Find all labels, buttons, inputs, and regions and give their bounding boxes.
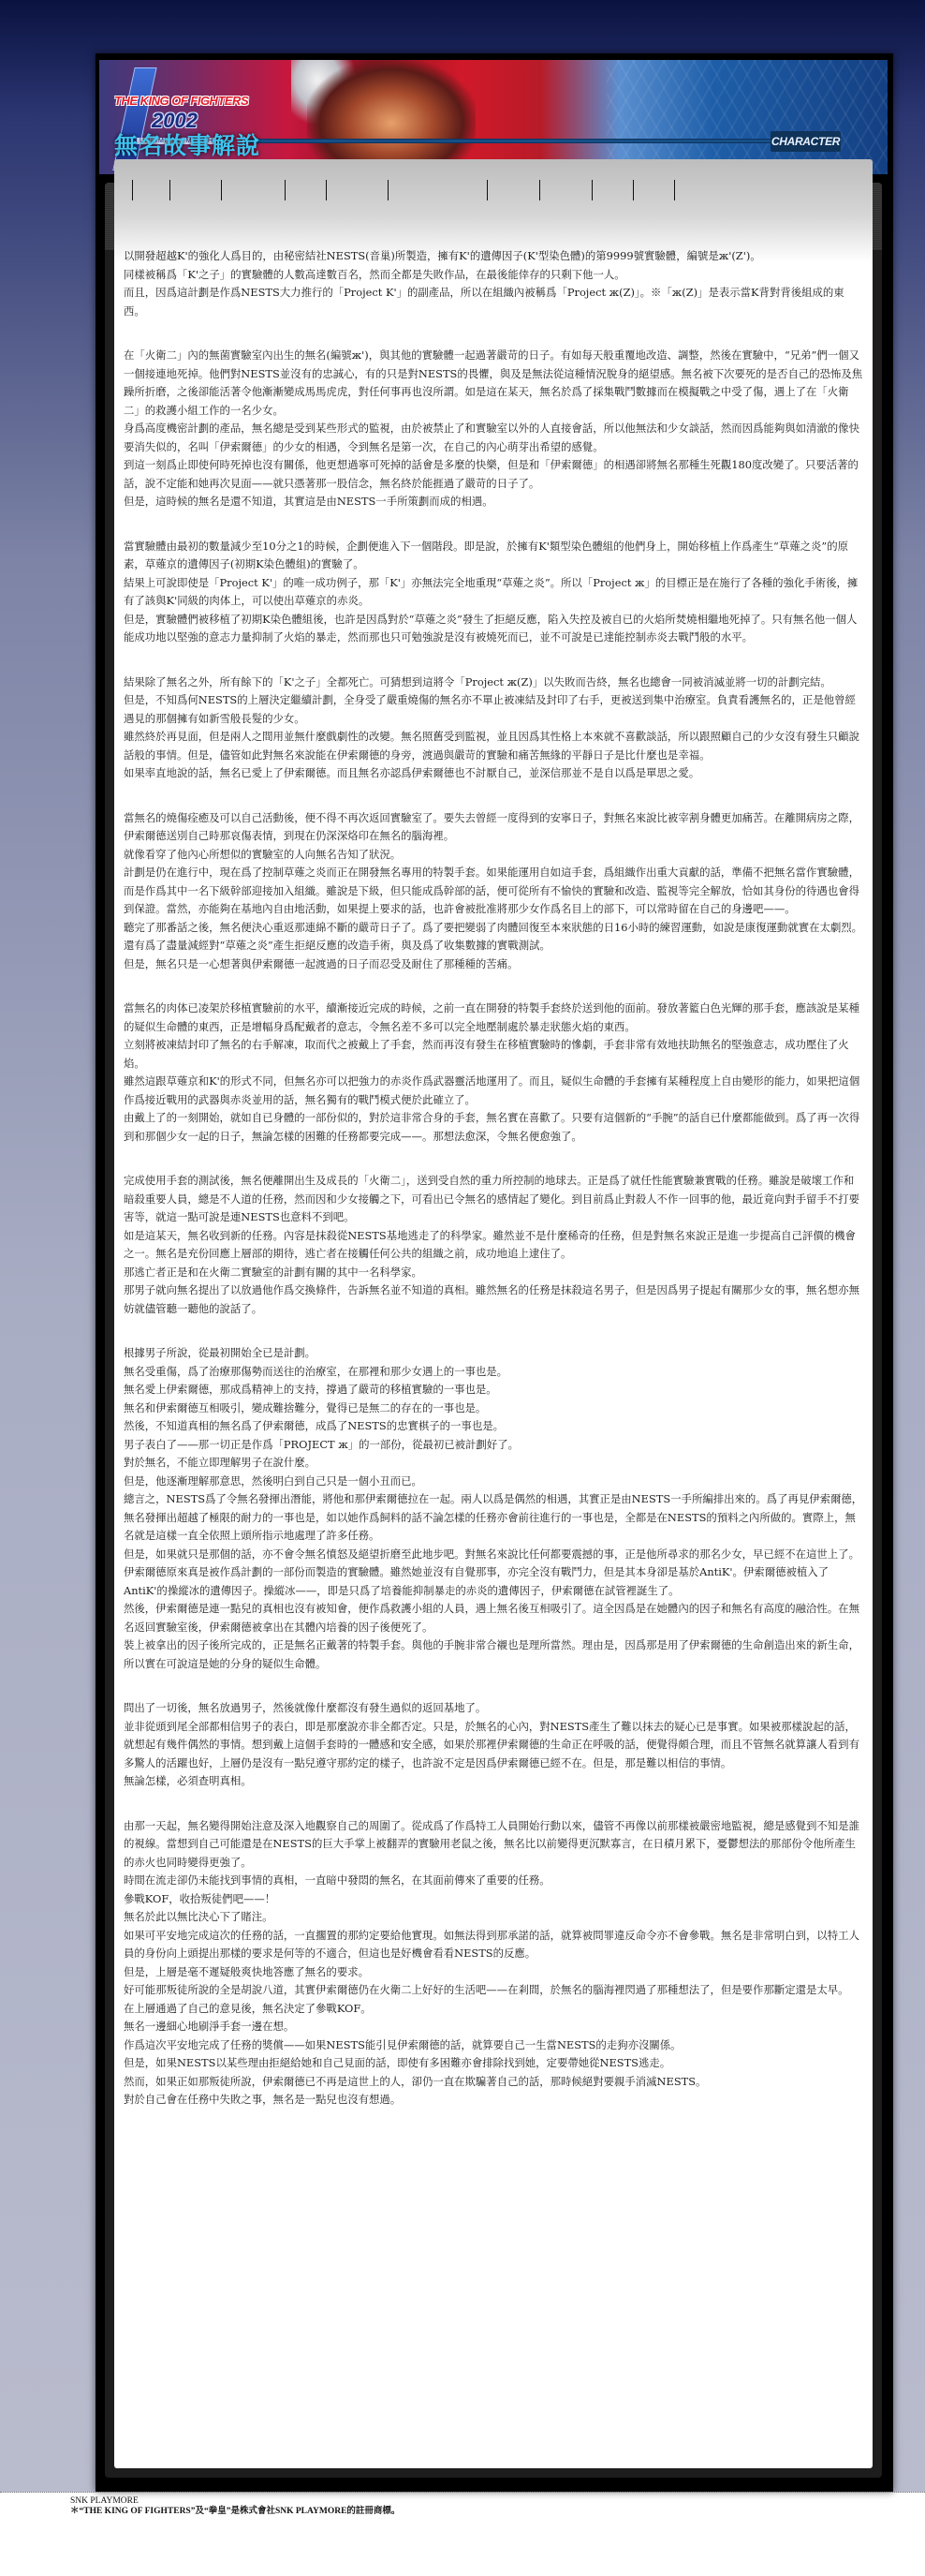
title-divider	[247, 139, 771, 143]
story-line: 好可能那叛徒所說的全是胡說八道，其實伊索爾德仍在火衛二上好好的生活吧——在剎間，…	[124, 1981, 863, 2000]
character-nav	[132, 180, 675, 200]
story-line: 作爲這次平安地完成了任務的獎償——如果NESTS能引見伊索爾德的話，就算要自己一…	[124, 2036, 863, 2055]
story-line: 在「火衛二」內的無菌實驗室內出生的無名(編號ж')，與其他的實驗體一起過著嚴苛的…	[124, 347, 863, 420]
story-line: 參戰KOF，收拾叛徒們吧——！	[124, 1890, 863, 1909]
story-line: 雖然這跟草薙京和K'的形式不同，但無名亦可以把強力的赤炎作爲武器靈活地運用了。而…	[124, 1073, 863, 1109]
story-line: 但是，不知爲何NESTS的上層決定繼續計劃，全身受了嚴重燒傷的無名亦不單止被凍結…	[124, 691, 863, 728]
footer: SNK PLAYMORE ＊“THE KING OF FIGHTERS”及“拳皇…	[70, 2496, 400, 2517]
story-line: 無名受重傷，爲了治療那傷勢而送往的治療室，在那裡和那少女遇上的一事也是。	[124, 1363, 863, 1382]
story-text: 以開發超越K'的強化人爲目的，由秘密結社NESTS(音巢)所製造，擁有K'的遺傳…	[124, 247, 863, 2136]
story-paragraph: 問出了一切後，無名放過男子，然後就像什麼都沒有發生過似的返回基地了。並非從頭到尾…	[124, 1699, 863, 1791]
story-line: 結果除了無名之外，所有餘下的「K'之子」全都死亡。可猜想到這將令「Project…	[124, 674, 863, 692]
story-paragraph: 完成使用手套的測試後，無名便離開出生及成長的「火衛二」，送到受自然的重力所控制的…	[124, 1172, 863, 1318]
story-paragraph: 當實驗體由最初的數量減少至10分之1的時候，企劃便進入下一個階段。即是說，於擁有…	[124, 538, 863, 647]
story-line: 裝上被拿出的因子後所完成的，正是無名正戴著的特製手套。與他的手腕非常合襯也是理所…	[124, 1636, 863, 1673]
story-line: 如果可平安地完成這次的任務的話，一直擱置的那約定要給他實現。如無法得到那承諾的話…	[124, 1927, 863, 1963]
story-line: 無名於此以無比決心下了賭注。	[124, 1908, 863, 1927]
story-line: 對於自己會在任務中失敗之事，無名是一點兒也沒有想過。	[124, 2091, 863, 2110]
story-line: 當實驗體由最初的數量減少至10分之1的時候，企劃便進入下一個階段。即是說，於擁有…	[124, 538, 863, 574]
story-line: 就像看穿了他內心所想似的實驗室的人向無名告知了狀況。	[124, 846, 863, 865]
story-paragraph: 在「火衛二」內的無菌實驗室內出生的無名(編號ж')，與其他的實驗體一起過著嚴苛的…	[124, 347, 863, 511]
story-line: 完成使用手套的測試後，無名便離開出生及成長的「火衛二」，送到受自然的重力所控制的…	[124, 1172, 863, 1227]
story-paragraph: 當無名的肉体已凌架於移植實驗前的水平，續漸接近完成的時候，之前一直在開發的特製手…	[124, 999, 863, 1146]
story-line: 結果上可說即使是「Project K'」的唯一成功例子，那「K'」亦無法完全地重…	[124, 574, 863, 611]
footer-trademark: ＊“THE KING OF FIGHTERS”及“拳皇”是株式會社SNK PLA…	[70, 2507, 400, 2517]
story-line: 在上層通過了自己的意見後，無名決定了參戰KOF。	[124, 2000, 863, 2019]
story-line: 但是，無名只是一心想著與伊索爾德一起渡過的日子而忍受及耐住了那種種的苦痛。	[124, 955, 863, 974]
nav-item-7[interactable]	[487, 180, 539, 200]
story-line: 而且，因爲這計劃是作爲NESTS大力推行的「Project K'」的副產品，所以…	[124, 284, 863, 320]
story-line: 無名愛上伊索爾德，那成爲精神上的支持，撐過了嚴苛的移植實驗的一事也是。	[124, 1381, 863, 1399]
story-line: 對於無名，不能立即理解男子在說什麼。	[124, 1454, 863, 1473]
story-line: 當無名的肉体已凌架於移植實驗前的水平，續漸接近完成的時候，之前一直在開發的特製手…	[124, 999, 863, 1036]
logo-title: THE KING OF FIGHTERS	[114, 94, 248, 108]
story-line: 但是，如果就只是那個的話，亦不會令無名憤怒及絕望折磨至此地步吧。對無名來說比任何…	[124, 1546, 863, 1564]
story-line: 然後，伊索爾德是連一點兒的真相也沒有被知會，便作爲救護小組的人員，遇上無名後互相…	[124, 1600, 863, 1636]
nav-item-10[interactable]	[633, 180, 674, 200]
story-line: 無論怎樣，必須查明真相。	[124, 1772, 863, 1791]
story-line: 身爲高度機密計劃的產品，無名總是受到某些形式的監視，由於被禁止了和實驗室以外的人…	[124, 420, 863, 456]
story-line: 然而，如果正如那叛徒所說，伊索爾德已不再是這世上的人，卻仍一直在欺騙著自己的話，…	[124, 2073, 863, 2092]
story-line: 但是，實驗體們被移植了初期K染色體組後，也許是因爲對於“草薙之炎”發生了拒絕反應…	[124, 611, 863, 647]
story-line: 然後，不知道真相的無名爲了伊索爾德，成爲了NESTS的忠實棋子的一事也是。	[124, 1417, 863, 1436]
story-line: 無名和伊索爾德互相吸引，變成難捨難分，覺得已是無二的存在的一事也是。	[124, 1399, 863, 1418]
story-line: 那逃亡者正是和在火衛二實驗室的計劃有關的其中一名科學家。	[124, 1264, 863, 1282]
story-line: 由那一天起，無名變得開始注意及深入地觀察自己的周圍了。從成爲了作爲特工人員開始行…	[124, 1817, 863, 1873]
story-line: 以開發超越K'的強化人爲目的，由秘密結社NESTS(音巢)所製造，擁有K'的遺傳…	[124, 247, 863, 266]
nav-item-2[interactable]	[169, 180, 221, 200]
story-line: 但是，這時候的無名是還不知道，其實這是由NESTS一手所策劃而成的相遇。	[124, 493, 863, 511]
hex-pattern	[607, 60, 888, 174]
story-line: 總言之，NESTS爲了令無名發揮出潛能，將他和那伊索爾德拉在一起。兩人以爲是偶然…	[124, 1490, 863, 1546]
story-line: 同樣被稱爲「K'之子」的實驗體的人數高達數百名，然而全都是失敗作品，在最後能倖存…	[124, 266, 863, 285]
story-line: 由戴上了的一刻開始，就如自已身體的一部份似的，對於這非常合身的手套，無名實在喜歡…	[124, 1109, 863, 1146]
story-line: 但是，上層是毫不遲疑般爽快地答應了無名的要求。	[124, 1963, 863, 1982]
page-title: 無名故事解說	[114, 127, 260, 161]
nav-item-9[interactable]	[592, 180, 633, 200]
story-line: 但是，如果NESTS以某些理由拒絕給她和自己見面的話，即使有多困難亦會排除找到她…	[124, 2054, 863, 2073]
story-line: 聽完了那番話之後，無名便決心重返那連綿不斷的嚴苛日子了。爲了要把變弱了肉體回復至…	[124, 919, 863, 955]
nav-item-5[interactable]	[326, 180, 388, 200]
story-line: 但是，他逐漸理解那意思，然後明白到自己只是一個小丑而已。	[124, 1473, 863, 1491]
footer-company: SNK PLAYMORE	[70, 2496, 400, 2507]
nav-item-1[interactable]	[132, 180, 169, 200]
nav-item-4[interactable]	[285, 180, 326, 200]
story-paragraph: 以開發超越K'的強化人爲目的，由秘密結社NESTS(音巢)所製造，擁有K'的遺傳…	[124, 247, 863, 320]
story-paragraph: 根據男子所說，從最初開始全已是計劃。無名受重傷，爲了治療那傷勢而送往的治療室，在…	[124, 1344, 863, 1673]
story-paragraph: 結果除了無名之外，所有餘下的「K'之子」全都死亡。可猜想到這將令「Project…	[124, 674, 863, 783]
story-line: 問出了一切後，無名放過男子，然後就像什麼都沒有發生過似的返回基地了。	[124, 1699, 863, 1718]
story-line: 當無名的燒傷痊癒及可以自己活動後，便不得不再次返回實驗室了。要失去曾經一度得到的…	[124, 809, 863, 846]
story-line: 計劃是仍在進行中，現在爲了控制草薙之炎而正在開發無名專用的特製手套。如果能運用自…	[124, 864, 863, 919]
story-line: 無名一邊細心地刷淨手套一邊在想。	[124, 2018, 863, 2036]
nav-item-8[interactable]	[539, 180, 592, 200]
nav-item-11[interactable]	[674, 180, 675, 200]
story-line: 男子表白了——那一切正是作爲「PROJECT ж」的一部份，從最初已被計劃好了。	[124, 1436, 863, 1455]
story-line: 時間在流走卻仍未能找到事情的真相，一直暗中發悶的無名，在其面前傳來了重要的任務。	[124, 1872, 863, 1890]
footer-divider	[0, 2492, 925, 2493]
story-line: 伊索爾德原來真是被作爲計劃的一部份而製造的實驗體。雖然她並沒有自覺那事，亦完全沒…	[124, 1563, 863, 1600]
character-face-art	[307, 60, 476, 174]
story-line: 到這一刻爲止即使何時死掉也沒有關係，他更想過寧可死掉的話會是多麼的快樂，但是和「…	[124, 456, 863, 493]
story-line: 立刻將被凍結封印了無名的右手解凍，取而代之被戴上了手套，然而再沒有發生在移植實驗…	[124, 1036, 863, 1073]
story-line: 如果率直地說的話，無名已愛上了伊索爾德。而且無名亦認爲伊索爾德也不討厭自己，並深…	[124, 764, 863, 783]
story-line: 雖然終於再見面，但是兩人之間用並無什麼戲劇性的改變。無名照舊受到監視，並且因爲其…	[124, 728, 863, 764]
story-line: 如是這某天，無名收到新的任務。內容是抹殺從NESTS基地逃走了的科學家。雖然並不…	[124, 1227, 863, 1264]
story-paragraph: 當無名的燒傷痊癒及可以自己活動後，便不得不再次返回實驗室了。要失去曾經一度得到的…	[124, 809, 863, 974]
nav-item-6[interactable]	[388, 180, 487, 200]
story-paragraph: 由那一天起，無名變得開始注意及深入地觀察自己的周圍了。從成爲了作爲特工人員開始行…	[124, 1817, 863, 2110]
character-section-badge[interactable]: CHARACTER	[771, 131, 841, 152]
story-line: 那男子就向無名提出了以放過他作爲交換條件，告訴無名並不知道的真相。雖然無名的任務…	[124, 1281, 863, 1318]
story-line: 並非從頭到尾全部都相信男子的表白，即是那麼說亦非全都否定。只是，於無名的心內，對…	[124, 1718, 863, 1773]
story-line: 根據男子所說，從最初開始全已是計劃。	[124, 1344, 863, 1363]
nav-item-3[interactable]	[221, 180, 285, 200]
